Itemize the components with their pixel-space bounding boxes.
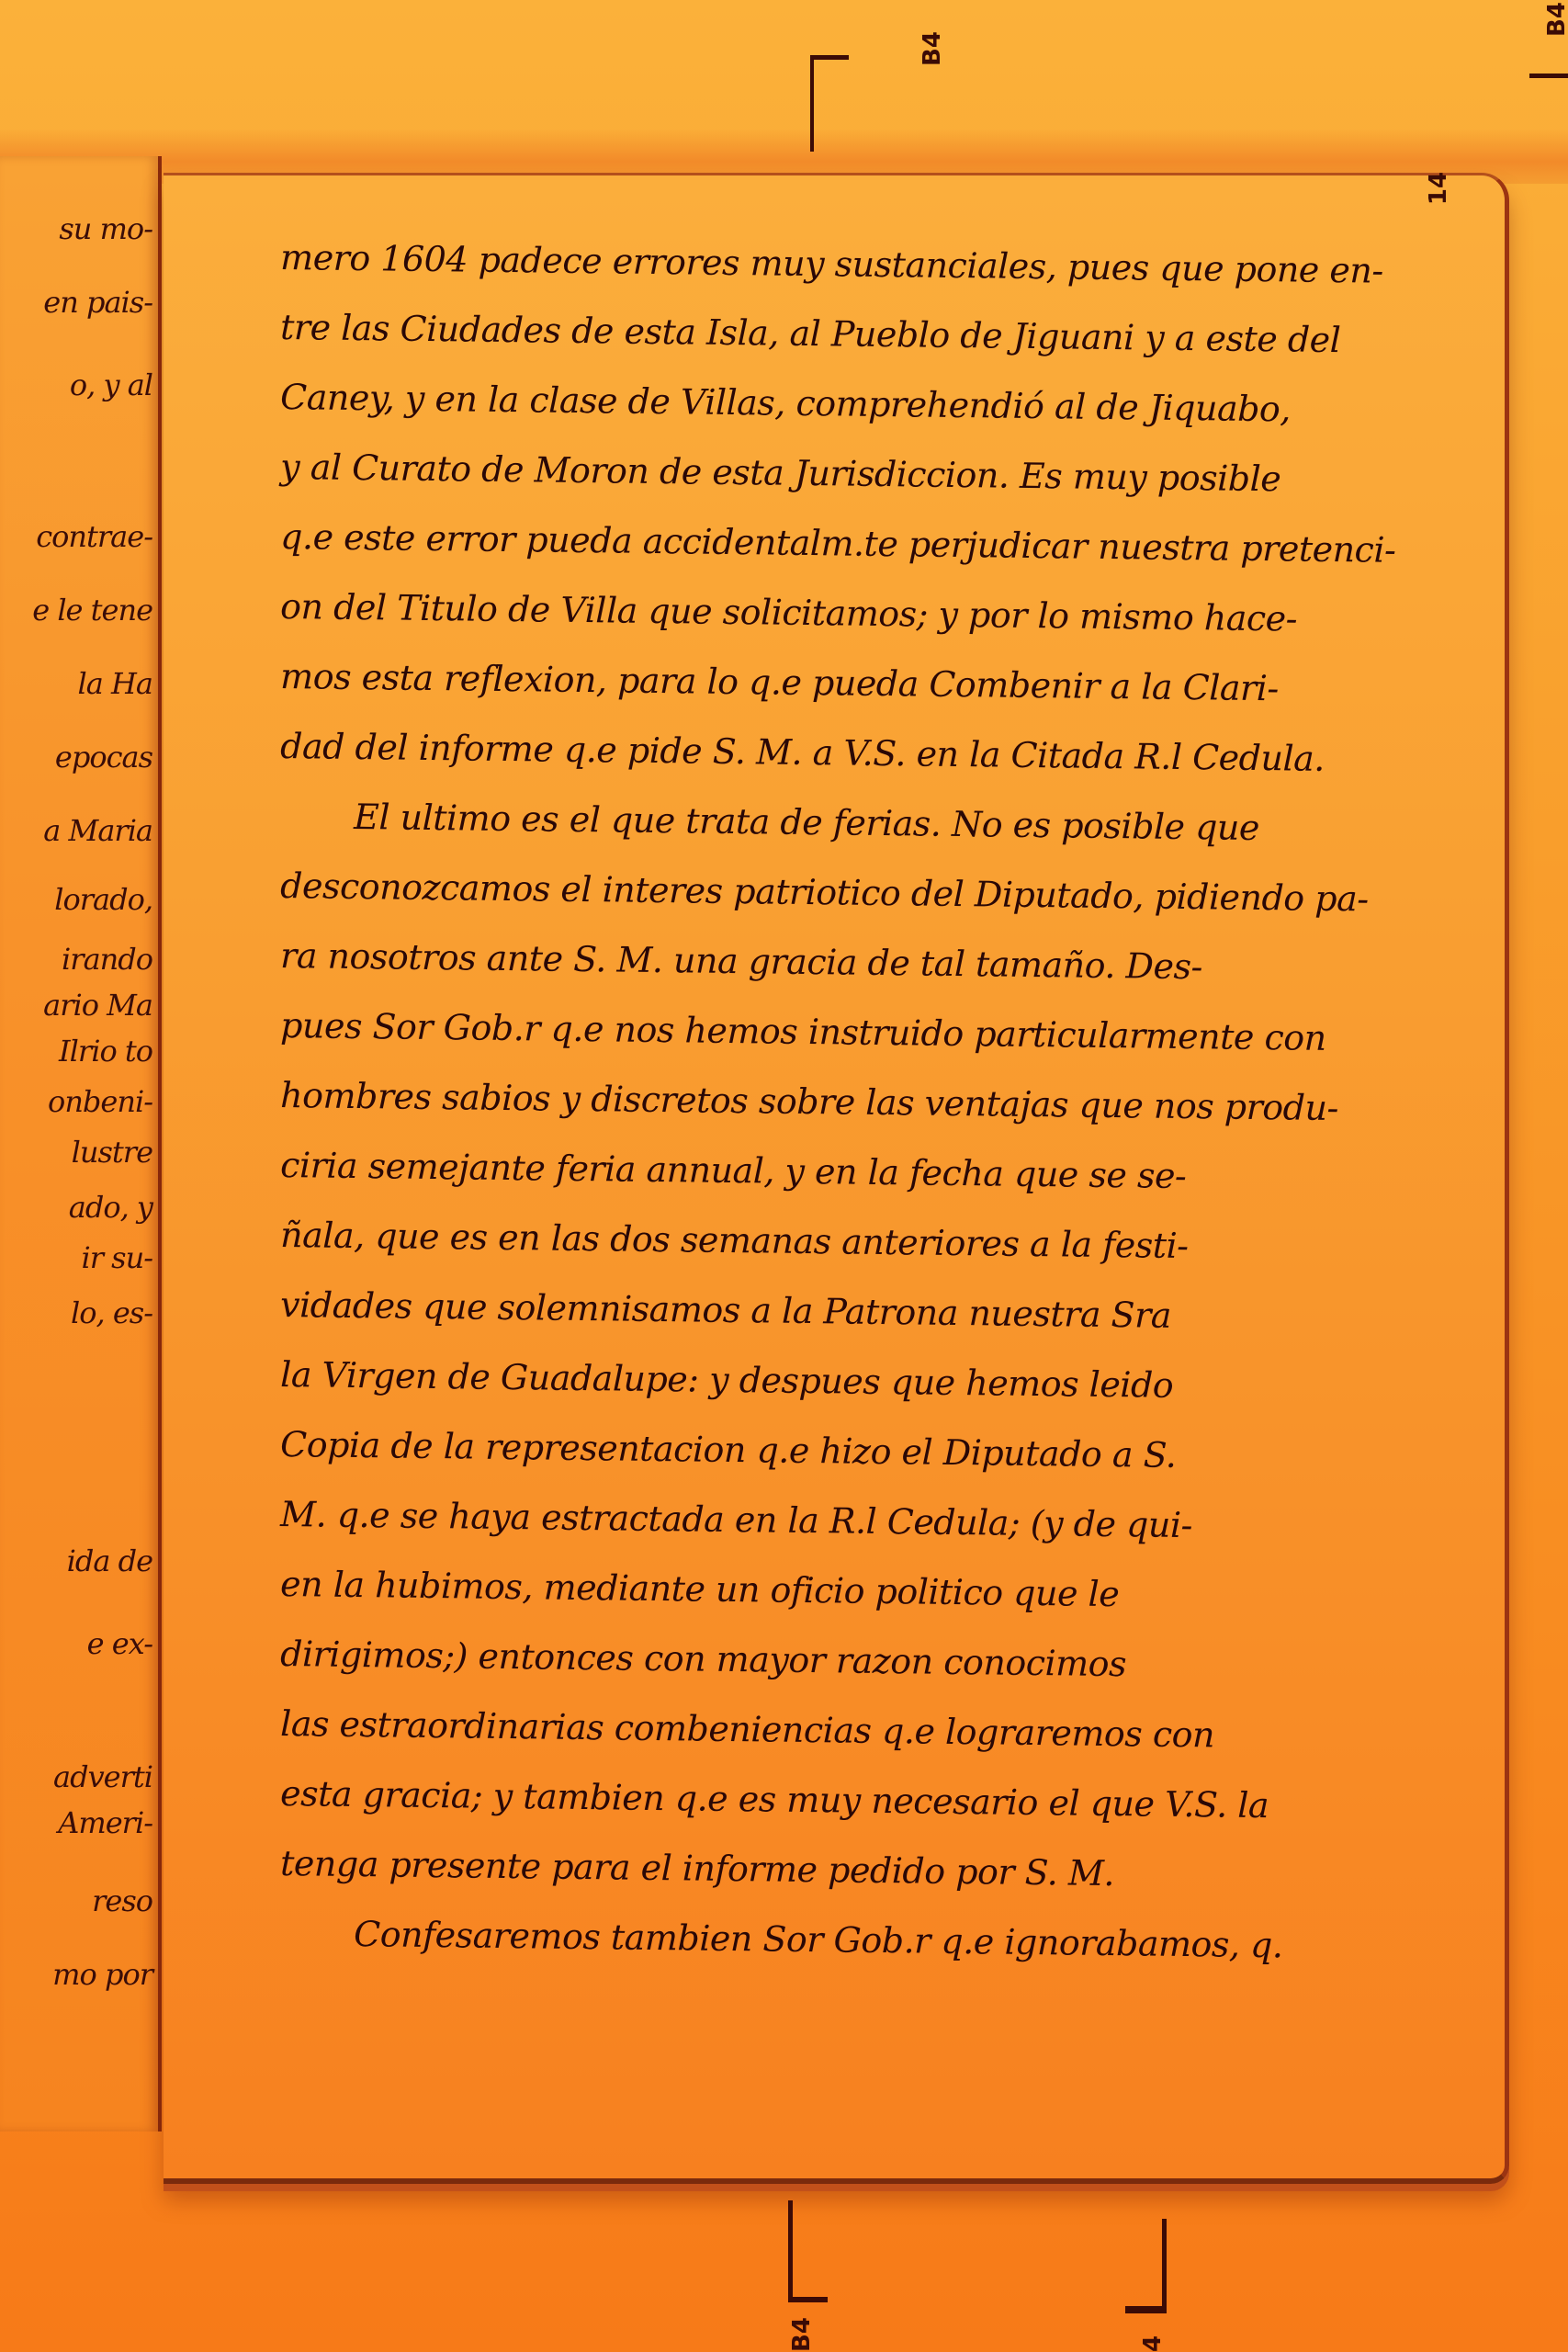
page-number: 14 xyxy=(1425,172,1452,205)
crop-mark-bottom-right xyxy=(1125,2219,1167,2313)
left-fragment: lo, es- xyxy=(71,1295,152,1330)
left-fragment: en pais- xyxy=(43,285,152,320)
left-page: su mo- en pais- o, y al contrae- e le te… xyxy=(0,156,162,2131)
left-fragment: la Ha xyxy=(78,666,152,701)
left-fragment: e le tene xyxy=(32,593,152,628)
left-fragment: epocas xyxy=(55,740,152,775)
left-fragment: su mo- xyxy=(59,211,152,246)
left-fragment: reso xyxy=(92,1883,152,1918)
left-fragment: ir su- xyxy=(81,1240,152,1275)
left-fragment: lustre xyxy=(72,1135,152,1170)
left-fragment: irando xyxy=(62,942,152,977)
left-fragment: a Maria xyxy=(43,813,152,848)
crop-mark-top-right xyxy=(1529,73,1568,78)
left-fragment: onbeni- xyxy=(48,1084,152,1119)
text-line: Confesaremos tambien Sor Gob.r q.e ignor… xyxy=(280,1913,1503,1997)
left-fragment: ida de xyxy=(67,1543,152,1578)
crop-label-bottom-right: 4 xyxy=(1139,2335,1167,2352)
left-fragment: adverti xyxy=(53,1759,152,1794)
left-fragment: o, y al xyxy=(70,367,152,402)
left-fragment: Ameri- xyxy=(58,1805,152,1840)
left-fragment: lorado, xyxy=(54,882,152,917)
left-fragment: Ilrio to xyxy=(59,1034,152,1069)
crop-label-top-right: B4 xyxy=(1543,2,1568,37)
crop-label-bottom: B4 xyxy=(788,2317,816,2352)
crop-label-top: B4 xyxy=(919,31,946,66)
manuscript-text: mero 1604 padece errores muy sustanciale… xyxy=(280,237,1502,1983)
left-fragment: contrae- xyxy=(36,519,152,554)
left-fragment: ado, y xyxy=(69,1190,152,1225)
left-fragment: ario Ma xyxy=(43,988,152,1023)
crop-mark-top xyxy=(810,55,849,152)
left-fragment: e ex- xyxy=(87,1626,152,1661)
left-fragment: mo por xyxy=(52,1957,152,1992)
crop-mark-bottom xyxy=(788,2200,828,2302)
